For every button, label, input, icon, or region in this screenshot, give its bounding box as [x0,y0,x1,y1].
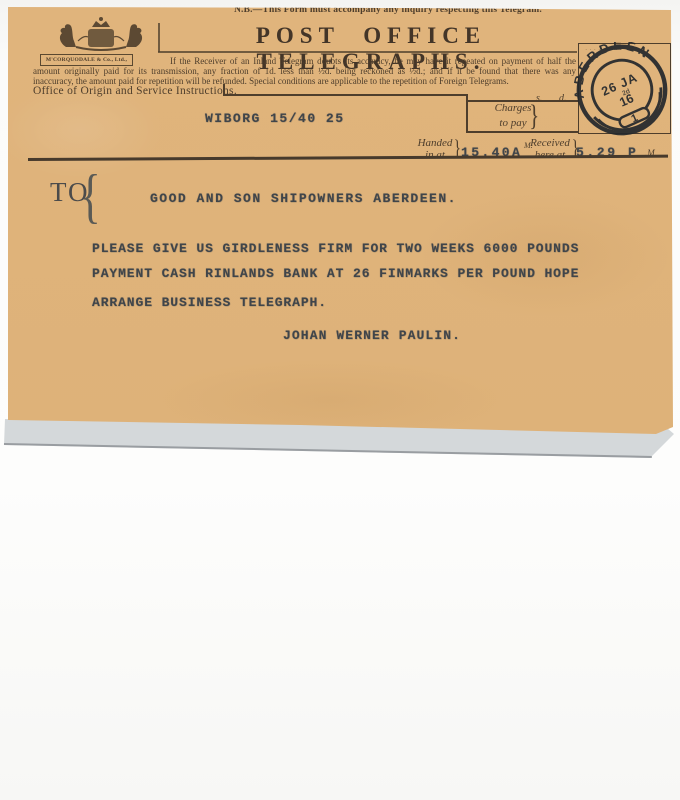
shillings-abbr: s. [536,93,542,104]
title-underline-rule [158,51,577,53]
origin-service-value: WIBORG 15/40 25 [205,111,345,126]
signature-line: JOHAN WERNER PAULIN. [283,328,461,343]
nb-notice-line: N.B.—This Form must accompany any inquir… [178,5,598,15]
pence-abbr: d. [559,93,567,104]
notice-line: If the Receiver of an Inland Telegram do… [33,56,576,66]
repetition-notice: If the Receiver of an Inland Telegram do… [33,56,576,86]
notice-line: amount originally paid for its transmiss… [33,66,576,76]
received-time-value: 5.29 P [576,145,638,160]
message-line: PLEASE GIVE US GIRDLENESS FIRM FOR TWO W… [92,241,579,256]
to-brace: { [80,162,101,231]
charges-box-border [466,100,468,133]
received-label-line: Received [524,137,576,149]
postmark-date-day-month: 26 JA [599,70,639,98]
form-rule [225,94,468,96]
handed-label-line: Handed [412,137,458,149]
royal-coat-of-arms-icon [52,13,150,55]
header-divider-rule [158,23,160,52]
postmark-date-year: 16 [617,91,635,109]
telegram-form-paper: N.B.—This Form must accompany any inquir… [0,0,680,800]
addressee-line: GOOD AND SON SHIPOWNERS ABERDEEN. [150,191,457,206]
charges-brace: } [529,99,539,133]
aberdeen-postmark-stamp: ABERDEEN 26 JA 2d 16 1 [574,42,670,138]
message-line: PAYMENT CASH RINLANDS BANK AT 26 FINMARK… [92,266,579,281]
office-of-origin-label: Office of Origin and Service Instruction… [33,85,237,97]
message-line: ARRANGE BUSINESS TELEGRAPH. [92,295,327,310]
charges-box-border [466,131,579,133]
